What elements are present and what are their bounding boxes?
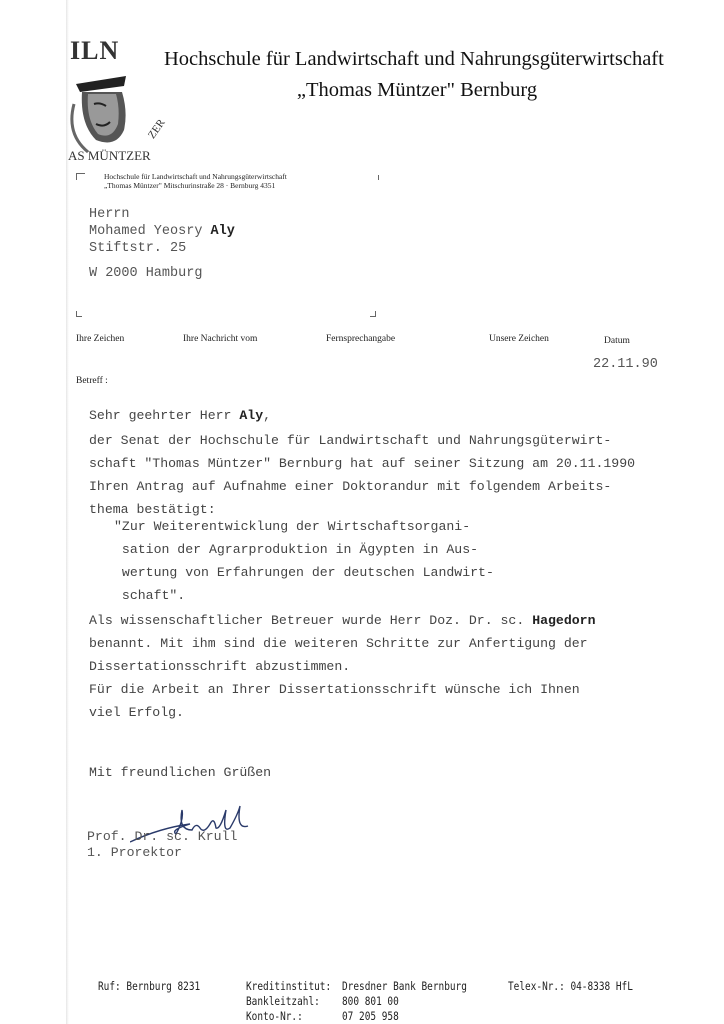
- svg-text:AS MÜNTZER: AS MÜNTZER: [68, 148, 151, 163]
- signer-title: 1. Prorektor: [87, 845, 182, 860]
- footer-konto-value: 07 205 958: [342, 1009, 399, 1023]
- footer-bank-value: Dresdner Bank Bernburg: [342, 979, 467, 993]
- date-value: 22.11.90: [593, 357, 658, 372]
- recipient-salutation: Herrn: [89, 207, 130, 222]
- paragraph-line: benannt. Mit ihm sind die weiteren Schri…: [89, 636, 588, 651]
- label-fernsprechangabe: Fernsprechangabe: [326, 334, 395, 344]
- topic-line: wertung von Erfahrungen der deutschen La…: [114, 565, 494, 580]
- greeting: Sehr geehrter Herr Aly,: [89, 408, 271, 423]
- footer-phone: Ruf: Bernburg 8231: [98, 979, 200, 993]
- advisor-line: Als wissenschaftlicher Betreuer wurde He…: [89, 613, 596, 628]
- paragraph-line: Dissertationsschrift abzustimmen.: [89, 659, 350, 674]
- address-window-corner: [370, 311, 376, 317]
- label-ihre-zeichen: Ihre Zeichen: [76, 334, 124, 344]
- paragraph-line: schaft "Thomas Müntzer" Bernburg hat auf…: [89, 456, 635, 471]
- label-datum: Datum: [604, 336, 630, 346]
- footer-telex: Telex-Nr.: 04-8338 HfL: [508, 979, 633, 993]
- topic-line: schaft".: [114, 588, 185, 603]
- recipient-name: Mohamed Yeosry Aly: [89, 224, 235, 239]
- signer-name: Prof. Dr. sc. Krull: [87, 829, 237, 844]
- label-unsere-zeichen: Unsere Zeichen: [489, 334, 549, 344]
- sender-address: Hochschule für Landwirtschaft und Nahrun…: [104, 172, 287, 190]
- address-window-corner: [378, 175, 379, 180]
- recipient-city: W 2000 Hamburg: [89, 266, 202, 281]
- recipient-street: Stiftstr. 25: [89, 241, 186, 256]
- greeting-name: Aly: [239, 408, 263, 423]
- sender-line-2: „Thomas Müntzer" Mitschurinstraße 28 · B…: [104, 181, 287, 190]
- footer-blz-value: 800 801 00: [342, 994, 399, 1008]
- footer-konto-label: Konto-Nr.:: [246, 1009, 303, 1023]
- paragraph-line: Für die Arbeit an Ihrer Dissertationssch…: [89, 682, 580, 697]
- recipient-last-name: Aly: [211, 224, 235, 239]
- paragraph-line: viel Erfolg.: [89, 705, 184, 720]
- label-ihre-nachricht: Ihre Nachricht vom: [183, 334, 257, 344]
- paragraph-line: Ihren Antrag auf Aufnahme einer Doktoran…: [89, 479, 611, 494]
- label-betreff: Betreff :: [76, 376, 108, 386]
- letterhead-subtitle: „Thomas Müntzer" Bernburg: [0, 79, 724, 102]
- footer-bank-label: Kreditinstitut:: [246, 979, 331, 993]
- topic-line: "Zur Weiterentwicklung der Wirtschaftsor…: [114, 519, 470, 534]
- paragraph-line: der Senat der Hochschule für Landwirtsch…: [89, 433, 611, 448]
- paragraph-line: thema bestätigt:: [89, 502, 216, 517]
- footer-blz-label: Bankleitzahl:: [246, 994, 320, 1008]
- address-window-corner: [76, 173, 85, 180]
- advisor-name: Hagedorn: [532, 613, 595, 628]
- letterhead-title: Hochschule für Landwirtschaft und Nahrun…: [164, 48, 664, 71]
- closing: Mit freundlichen Grüßen: [89, 765, 271, 780]
- address-window-corner: [76, 311, 82, 317]
- svg-text:ZER: ZER: [146, 117, 168, 141]
- logo-text: ILN: [70, 36, 119, 66]
- sender-line-1: Hochschule für Landwirtschaft und Nahrun…: [104, 172, 287, 181]
- topic-line: sation der Agrarproduktion in Ägypten in…: [114, 542, 478, 557]
